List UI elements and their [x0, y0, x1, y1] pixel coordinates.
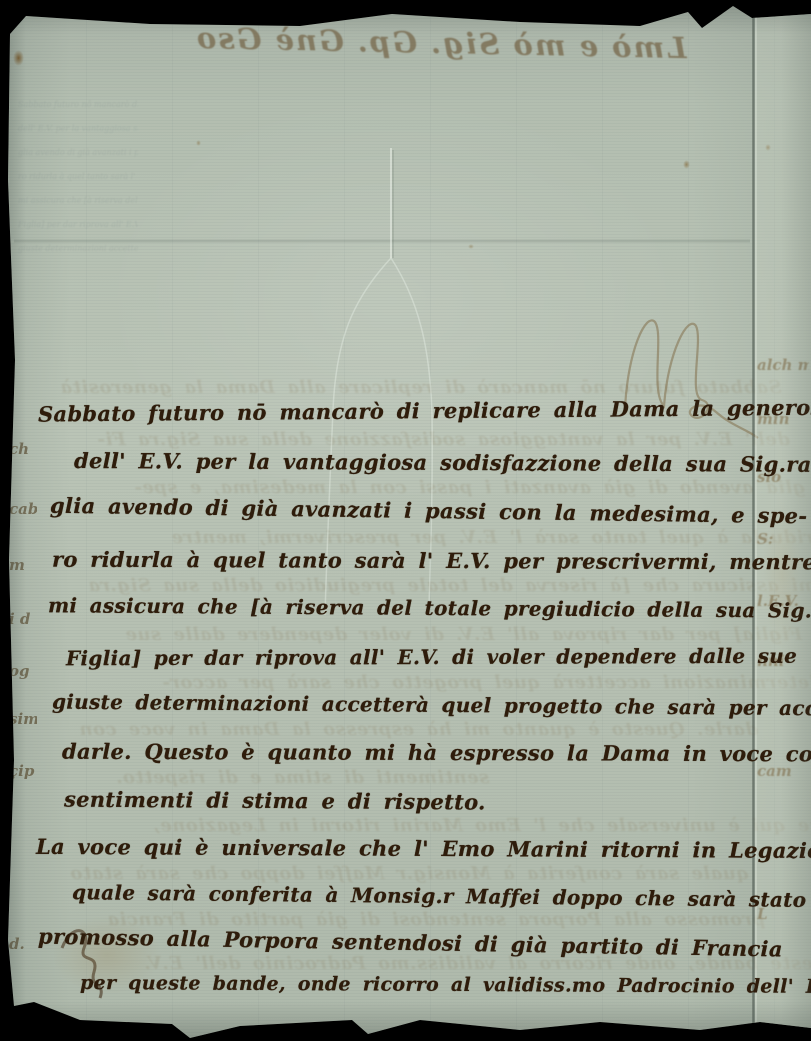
bleedthrough-line: sentimenti di stima e di rispetto. — [116, 767, 489, 788]
left-margin-fragment: m — [9, 556, 37, 574]
facing-page-fragment: S: — [757, 530, 809, 548]
left-margin-fragment: çip — [9, 762, 37, 780]
left-margin-fragment: i d — [9, 610, 37, 628]
left-margin-fragment: ch — [9, 440, 37, 458]
bleedthrough-micro-row: dell' E.V. per la vantaggiosa sodisfazzi… — [18, 124, 138, 133]
left-margin-fragment: cabr — [9, 500, 37, 518]
manuscript-line-7: giuste determinazioni accetterà quel pro… — [52, 690, 811, 721]
left-margin-fragment: sim — [9, 710, 37, 728]
facing-page-fragment: alch m — [757, 356, 809, 374]
bleedthrough-line: giuste determinazioni accetterà quel pro… — [162, 672, 811, 693]
manuscript-photo: Sabbato futuro nō mancarò di replicare a… — [0, 0, 811, 1041]
bleedthrough-line: darle. Questo è quanto mi hà espresso la… — [79, 719, 758, 740]
bleedthrough-micro-row: mi assicura che [à riserva del totale pr… — [18, 196, 138, 205]
bleedthrough-micro-row: ro ridurla à quel tanto sarà l' E.V. per… — [18, 172, 138, 181]
bleedthrough-line: dell' E.V. per la vantaggiosa sodisfazzi… — [97, 429, 790, 450]
manuscript-line-6: Figlia] per dar riprova all' E.V. di vol… — [66, 644, 797, 671]
bleedthrough-line: ro ridurla à quel tanto sarà l' E.V. per… — [171, 527, 811, 548]
bleedthrough-micro-row: glia avendo di già avanzati i passi con … — [18, 148, 138, 157]
manuscript-line-5: mi assicura che [à riserva del totale pr… — [48, 593, 811, 623]
paper-stain — [468, 244, 474, 249]
manuscript-line-8: darle. Questo è quanto mi hà espresso la… — [62, 739, 811, 767]
manuscript-line-9: sentimenti di stima e di rispetto. — [64, 787, 486, 815]
manuscript-line-10: La voce qui è universale che l' Emo Mari… — [36, 834, 811, 863]
manuscript-line-11: quale sarà conferita à Monsig.r Maffei d… — [72, 880, 807, 912]
bleedthrough-micro-row: Figlia] per dar riprova all' E.V. di vol… — [18, 220, 138, 229]
letter-page: Sabbato futuro nō mancarò di replicare a… — [0, 0, 811, 1041]
manuscript-line-3: glia avendo di già avanzati i passi con … — [50, 493, 808, 529]
left-margin-fragment: d. — [9, 935, 37, 953]
bleedthrough-line: Figlia] per dar riprova all' E.V. di vol… — [125, 624, 802, 645]
manuscript-line-2: dell' E.V. per la vantaggiosa sodisfazzi… — [74, 448, 811, 477]
paper-stain — [13, 50, 24, 66]
bleedthrough-inscription: Lmò e mò Sig. Gp. Gnè Gso — [195, 21, 687, 65]
bleedthrough-micro-row: Sabbato futuro nō mancarò di replicare a… — [18, 100, 138, 109]
manuscript-line-13: per queste bande, onde ricorro al validi… — [80, 972, 811, 998]
left-margin-fragment: og — [9, 662, 37, 680]
bleedthrough-line: La voce qui è universale che l' Emo Mari… — [153, 815, 811, 836]
bleedthrough-line: mi assicura che [à riserva del totale pr… — [88, 575, 811, 596]
manuscript-line-4: ro ridurla à quel tanto sarà l' E.V. per… — [52, 547, 811, 575]
paper-stain — [196, 140, 201, 146]
bleedthrough-line: Sabbato futuro nō mancarò di replicare a… — [60, 377, 782, 398]
manuscript-line-1: Sabbato futuro nō mancarò di replicare a… — [38, 394, 811, 426]
paper-stain — [683, 160, 690, 169]
bleedthrough-micro-row: giuste determinazioni accetterà quel pro… — [18, 244, 138, 253]
